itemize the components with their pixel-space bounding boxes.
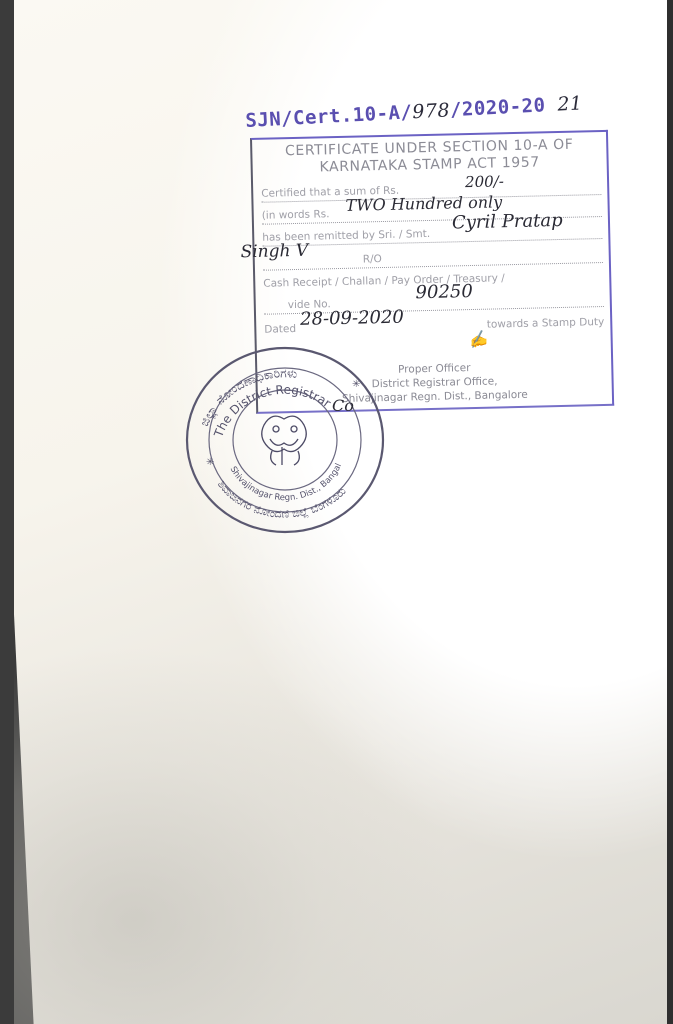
cert-serial: 978 <box>412 99 451 123</box>
seal-initials: Co <box>332 396 354 415</box>
seal-star-left: ✳ <box>206 457 214 468</box>
field-remitted-by-value: Cyril Pratap <box>452 210 563 234</box>
field-dated-suffix: towards a Stamp Duty <box>487 316 605 331</box>
field-residence: R/O <box>263 248 603 271</box>
field-label: Dated <box>264 323 296 336</box>
cert-suffix: 21 <box>557 92 583 115</box>
state-emblem-icon <box>262 416 307 465</box>
field-residence-value: Singh V <box>240 241 308 263</box>
field-vide-no-value: 90250 <box>415 281 473 303</box>
field-dated-value: 28-09-2020 <box>300 307 404 330</box>
field-amount-value: 200/- <box>465 172 504 191</box>
officer-signature: ✍ <box>466 329 489 352</box>
field-label: (in words Rs. <box>262 208 330 222</box>
field-label: R/O <box>363 253 382 265</box>
district-registrar-seal: ಜಿಲ್ಲಾ ನೋಂದಣಾಧಿಕಾರಿಗಳು ಶಿವಾಜಿನಗರ ನೋಂದಣಿ … <box>184 345 386 535</box>
seal-star-right: ✳ <box>352 379 360 390</box>
page-edge <box>667 0 673 1024</box>
